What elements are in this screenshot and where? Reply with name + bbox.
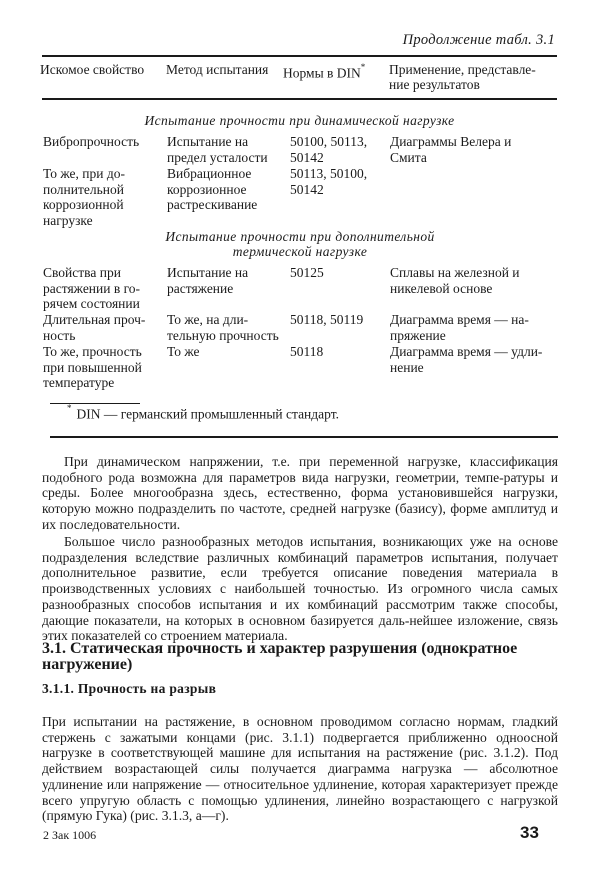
table-cell-property: Вибропрочность xyxy=(43,134,158,150)
table-cell-application: Диаграммы Велера и Смита xyxy=(390,134,520,165)
table-cell-application: Диаграмма время — удли-нение xyxy=(390,344,565,375)
table-header-rule xyxy=(42,98,557,100)
table-section-title: Испытание прочности при дополнительной т… xyxy=(160,229,440,259)
print-mark: 2 Зак 1006 xyxy=(43,828,96,843)
table-bottom-rule xyxy=(50,436,558,438)
table-cell-method: Испытание на предел усталости xyxy=(167,134,287,165)
table-cell-norms: 50125 xyxy=(290,265,385,281)
column-header-property: Искомое свойство xyxy=(40,62,165,77)
table-cell-application: Сплавы на железной и никелевой основе xyxy=(390,265,545,296)
table-continuation-label: Продолжение табл. 3.1 xyxy=(400,32,555,49)
table-cell-norms: 50100, 50113, 50142 xyxy=(290,134,385,165)
column-header-application: Применение, представле-ние результатов xyxy=(389,62,549,92)
table-cell-method: Испытание на растяжение xyxy=(167,265,267,296)
page-number: 33 xyxy=(520,823,539,843)
table-cell-method: То же xyxy=(167,344,287,360)
table-cell-property: То же, прочность при повышенной температ… xyxy=(43,344,161,391)
body-paragraph: При испытании на растяжение, в основном … xyxy=(42,714,558,824)
table-top-rule xyxy=(42,55,557,57)
footnote-text: DIN — германский промышленный стандарт. xyxy=(77,407,339,422)
column-header-norms: Нормы в DIN* xyxy=(283,62,393,81)
body-paragraph: При динамическом напряжении, т.е. при пе… xyxy=(42,454,558,533)
column-header-norms-text: Нормы в DIN xyxy=(283,66,361,81)
body-paragraph: Большое число разнообразных методов испы… xyxy=(42,534,558,644)
footnote-mark: * xyxy=(67,403,72,413)
section-heading: 3.1. Статическая прочность и характер ра… xyxy=(42,641,562,673)
table-cell-norms: 50118 xyxy=(290,344,385,360)
column-header-method: Метод испытания xyxy=(166,62,291,77)
table-cell-method: Вибрационное коррозионное растрескивание xyxy=(167,166,267,213)
footnote-marker: * xyxy=(361,62,366,72)
footnote-rule xyxy=(50,403,140,404)
table-section-title: Испытание прочности при динамической наг… xyxy=(42,113,557,128)
table-cell-norms: 50118, 50119 xyxy=(290,312,385,328)
subsection-heading: 3.1.1. Прочность на разрыв xyxy=(42,681,216,697)
table-cell-norms: 50113, 50100, 50142 xyxy=(290,166,385,197)
table-cell-property: То же, при до-полнительной коррозионной … xyxy=(43,166,143,228)
table-cell-method: То же, на дли-тельную прочность xyxy=(167,312,287,343)
table-cell-application: Диаграмма время — на-пряжение xyxy=(390,312,555,343)
table-footnote: *DIN — германский промышленный стандарт. xyxy=(67,405,339,423)
table-cell-property: Длительная проч-ность xyxy=(43,312,161,343)
table-cell-property: Свойства при растяжении в го-рячем состо… xyxy=(43,265,148,312)
